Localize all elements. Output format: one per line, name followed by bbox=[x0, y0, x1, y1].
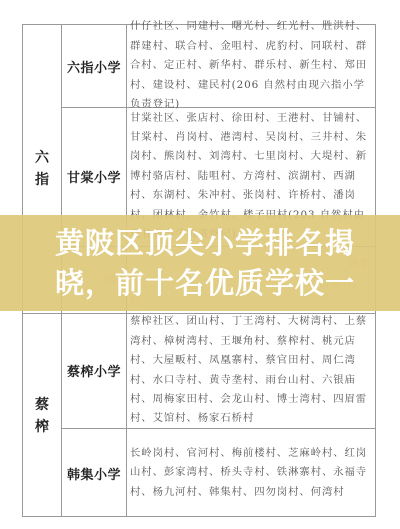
village-list: 蔡榨社区、团山村、丁王湾村、大树湾村、上蔡湾村、樟树湾村、王堰角村、蔡榨村、桃元… bbox=[130, 313, 373, 428]
headline-line-1: 黄陂区顶尖小学排名揭 bbox=[55, 223, 400, 263]
article-image: 六 指 蔡 榨 六指小学 什仔社区、同建村、曙光村、红光村、胜洪村、群建村、联合… bbox=[0, 0, 400, 529]
school-name: 韩集小学 bbox=[62, 428, 126, 518]
school-name: 蔡榨小学 bbox=[62, 313, 126, 428]
village-list: 长岭岗村、官河村、梅前楼村、芝麻岭村、红岗山村、彭家湾村、桥头寺村、铁淋寨村、永… bbox=[130, 428, 373, 518]
village-list-text: 什仔社区、同建村、曙光村、红光村、胜洪村、群建村、联合村、金咀村、虎豹村、同联村… bbox=[130, 17, 373, 114]
district-label-char: 榨 bbox=[35, 416, 49, 438]
village-list-text: 长岭岗村、官河村、梅前楼村、芝麻岭村、红岗山村、彭家湾村、桥头寺村、铁淋寨村、永… bbox=[130, 444, 373, 502]
district-cell-caizha: 蔡 榨 bbox=[23, 313, 61, 518]
district-label-char: 六 bbox=[35, 147, 49, 169]
headline-banner: 黄陂区顶尖小学排名揭 晓，前十名优质学校一 bbox=[0, 215, 400, 311]
school-name: 六指小学 bbox=[62, 25, 126, 107]
district-label-char: 指 bbox=[35, 169, 49, 191]
village-list-text: 蔡榨社区、团山村、丁王湾村、大树湾村、上蔡湾村、樟树湾村、王堰角村、蔡榨村、桃元… bbox=[130, 312, 373, 428]
headline-line-2: 晓，前十名优质学校一 bbox=[55, 263, 400, 303]
village-list: 什仔社区、同建村、曙光村、红光村、胜洪村、群建村、联合村、金咀村、虎豹村、同联村… bbox=[130, 25, 373, 107]
district-label-char: 蔡 bbox=[35, 394, 49, 416]
